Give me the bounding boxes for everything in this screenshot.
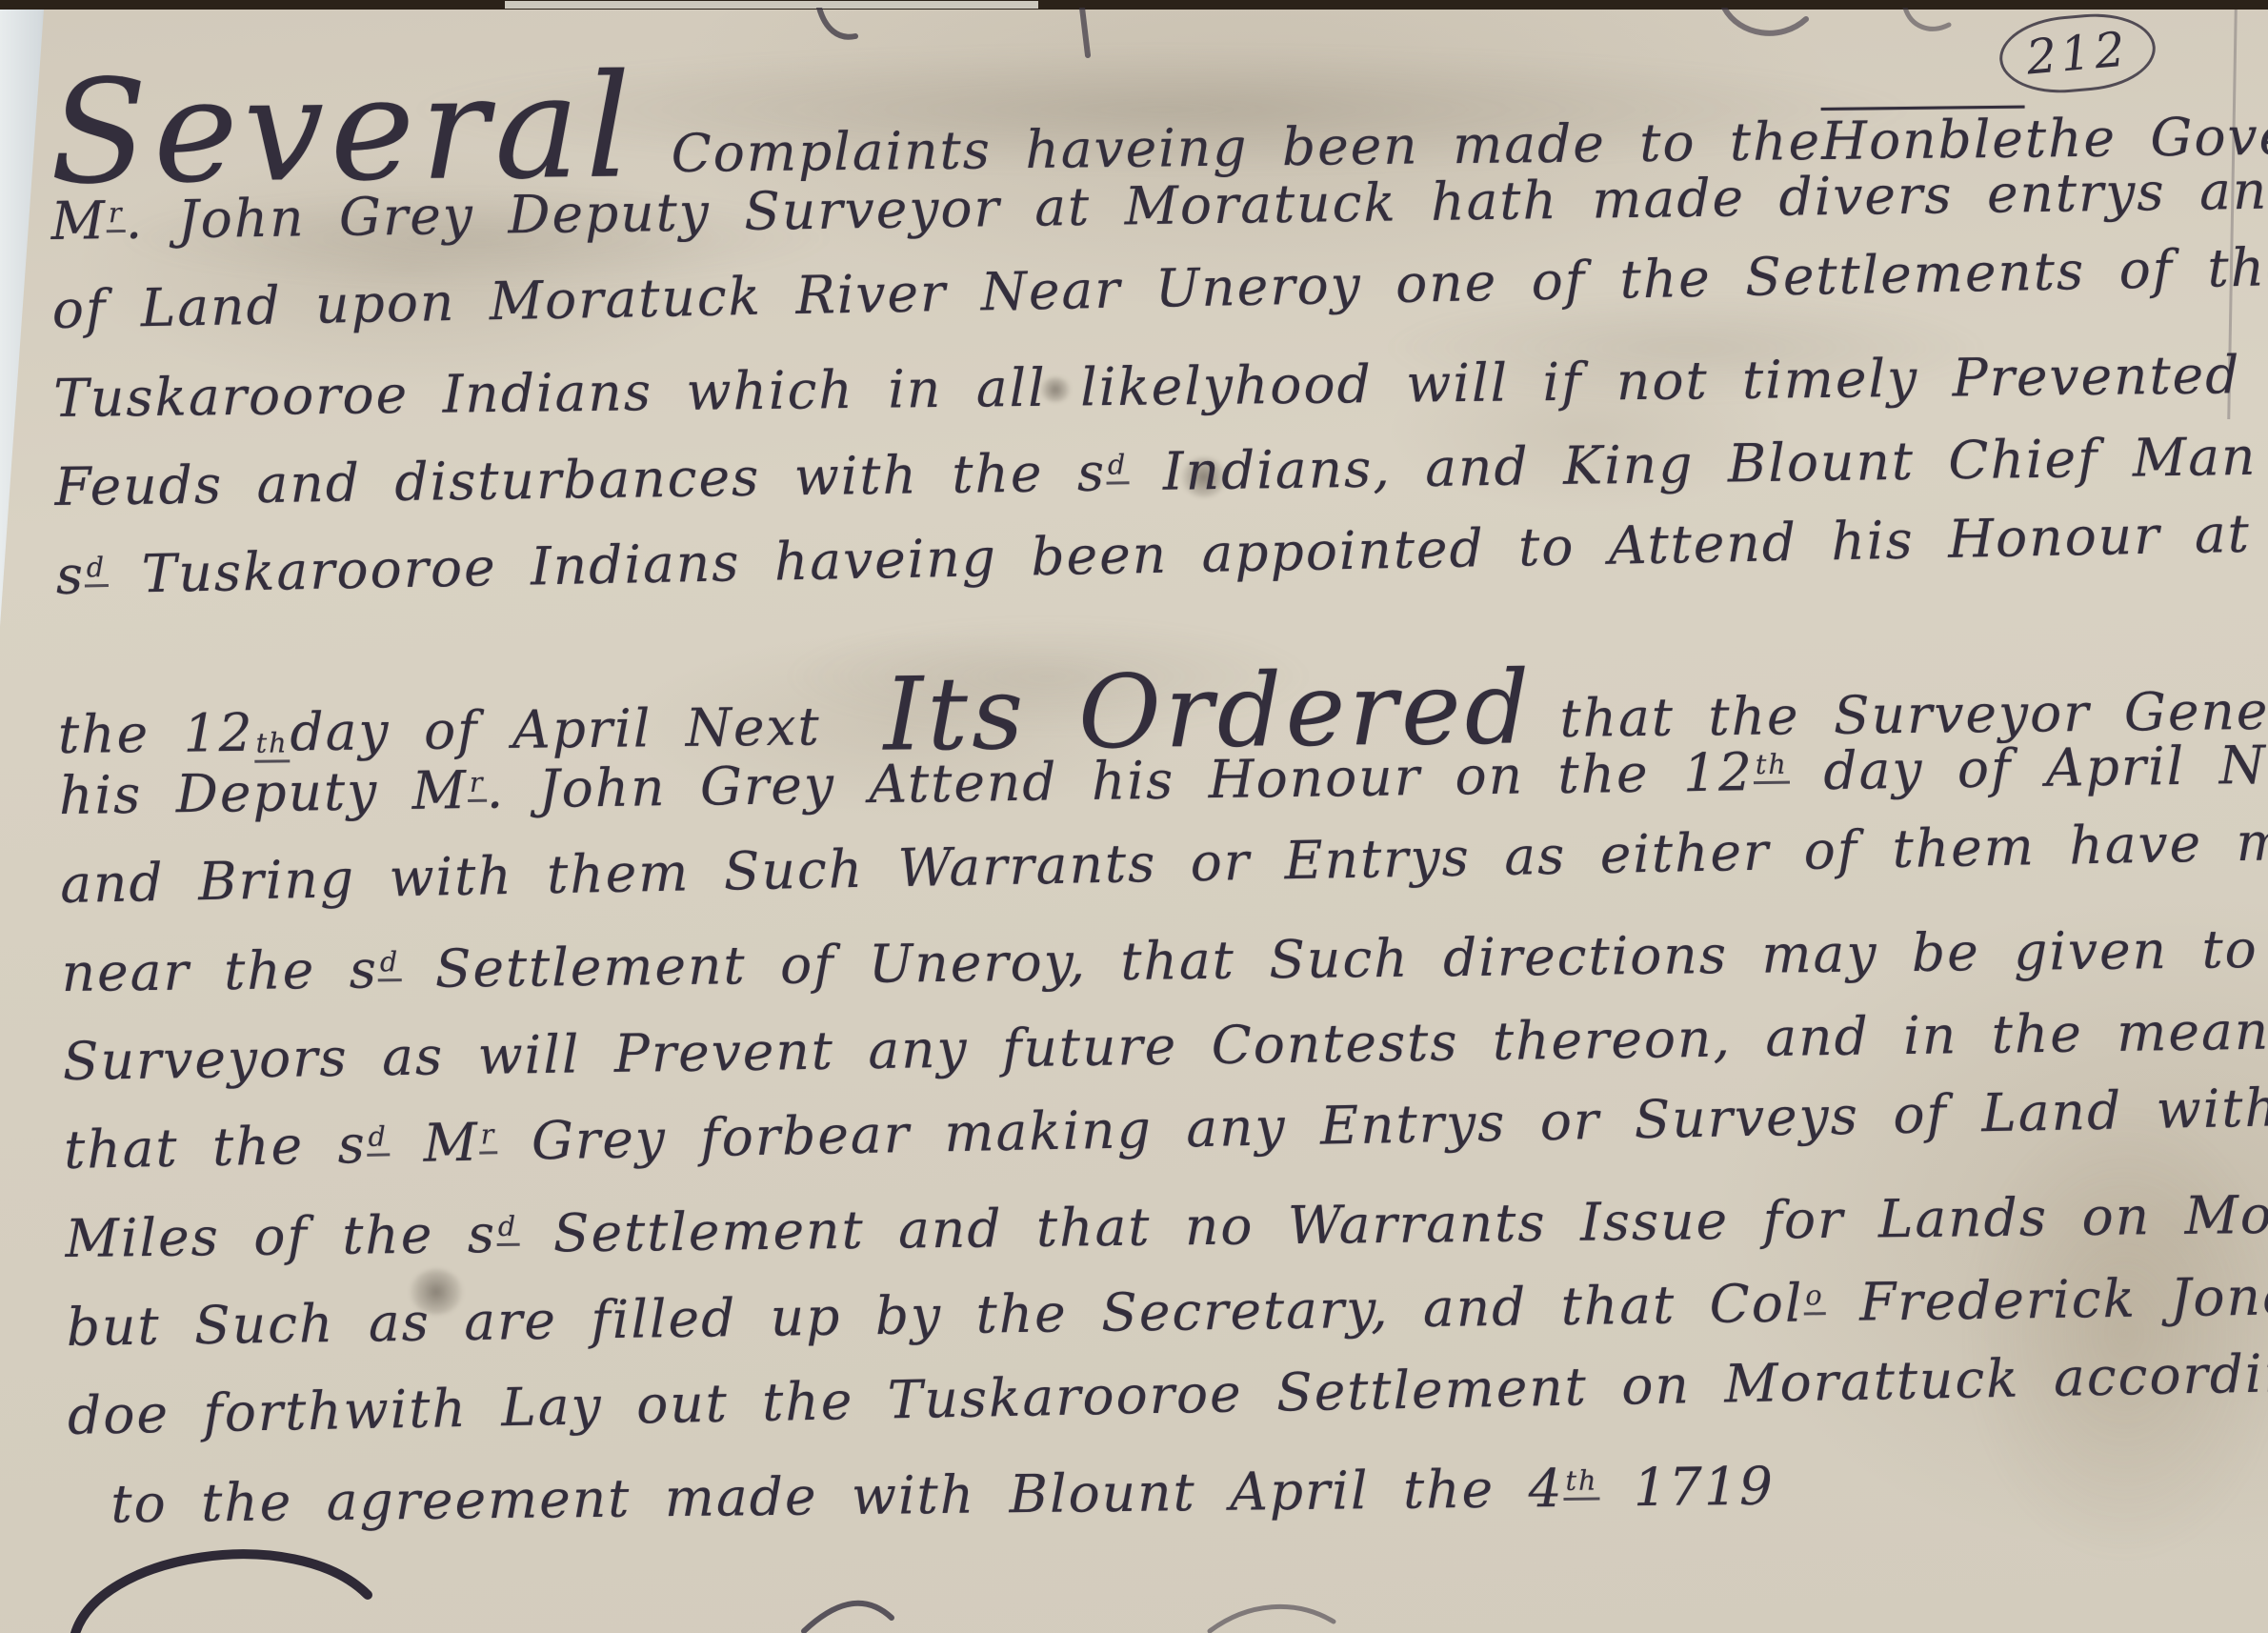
manuscript-segment: s (55, 544, 85, 606)
manuscript-segment: the 12 (58, 702, 254, 765)
manuscript-line: the 12th day of April NextIts Ordered th… (57, 610, 2249, 765)
manuscript-segment: r (478, 1118, 497, 1154)
manuscript-segment: r (468, 766, 487, 802)
manuscript-photo: { "page": { "folio_number": "212", "colo… (0, 0, 2268, 1633)
manuscript-segment: d (366, 1119, 390, 1156)
manuscript-segment: th (253, 726, 290, 762)
manuscript-segment: M (389, 1112, 479, 1175)
manuscript-segment: th (1563, 1463, 1599, 1500)
manuscript-segment: Complaints haveing been made to the (671, 111, 1821, 184)
manuscript-segment: d (496, 1210, 520, 1246)
manuscript-line: SeveralComplaints haveing been made to t… (49, 3, 2241, 191)
manuscript-text: SeveralComplaints haveing been made to t… (49, 0, 2260, 1562)
manuscript-segment: Miles of the s (65, 1203, 496, 1269)
manuscript-segment: d (1106, 448, 1130, 484)
opening-word: Several (50, 70, 637, 191)
manuscript-segment: Honble (1821, 109, 2026, 171)
manuscript-segment: the Governor that (2025, 103, 2268, 170)
top-edge-gap (505, 1, 1038, 9)
manuscript-segment: 1719 (1599, 1456, 1775, 1519)
manuscript-segment: to the agreement made with Blount April … (110, 1458, 1564, 1535)
manuscript-segment: his Deputy M (59, 759, 469, 826)
manuscript-segment: o (1803, 1279, 1826, 1315)
manuscript-segment: th (1754, 747, 1790, 784)
manuscript-segment: that the Surveyor General and (1559, 677, 2268, 749)
manuscript-segment: near the s (61, 938, 378, 1003)
manuscript-segment: day of April Next (290, 696, 821, 762)
manuscript-segment: d (84, 551, 108, 587)
order-heading: Its Ordered (883, 668, 1534, 756)
manuscript-segment: that the s (64, 1114, 368, 1180)
manuscript-segment: d (378, 945, 402, 981)
